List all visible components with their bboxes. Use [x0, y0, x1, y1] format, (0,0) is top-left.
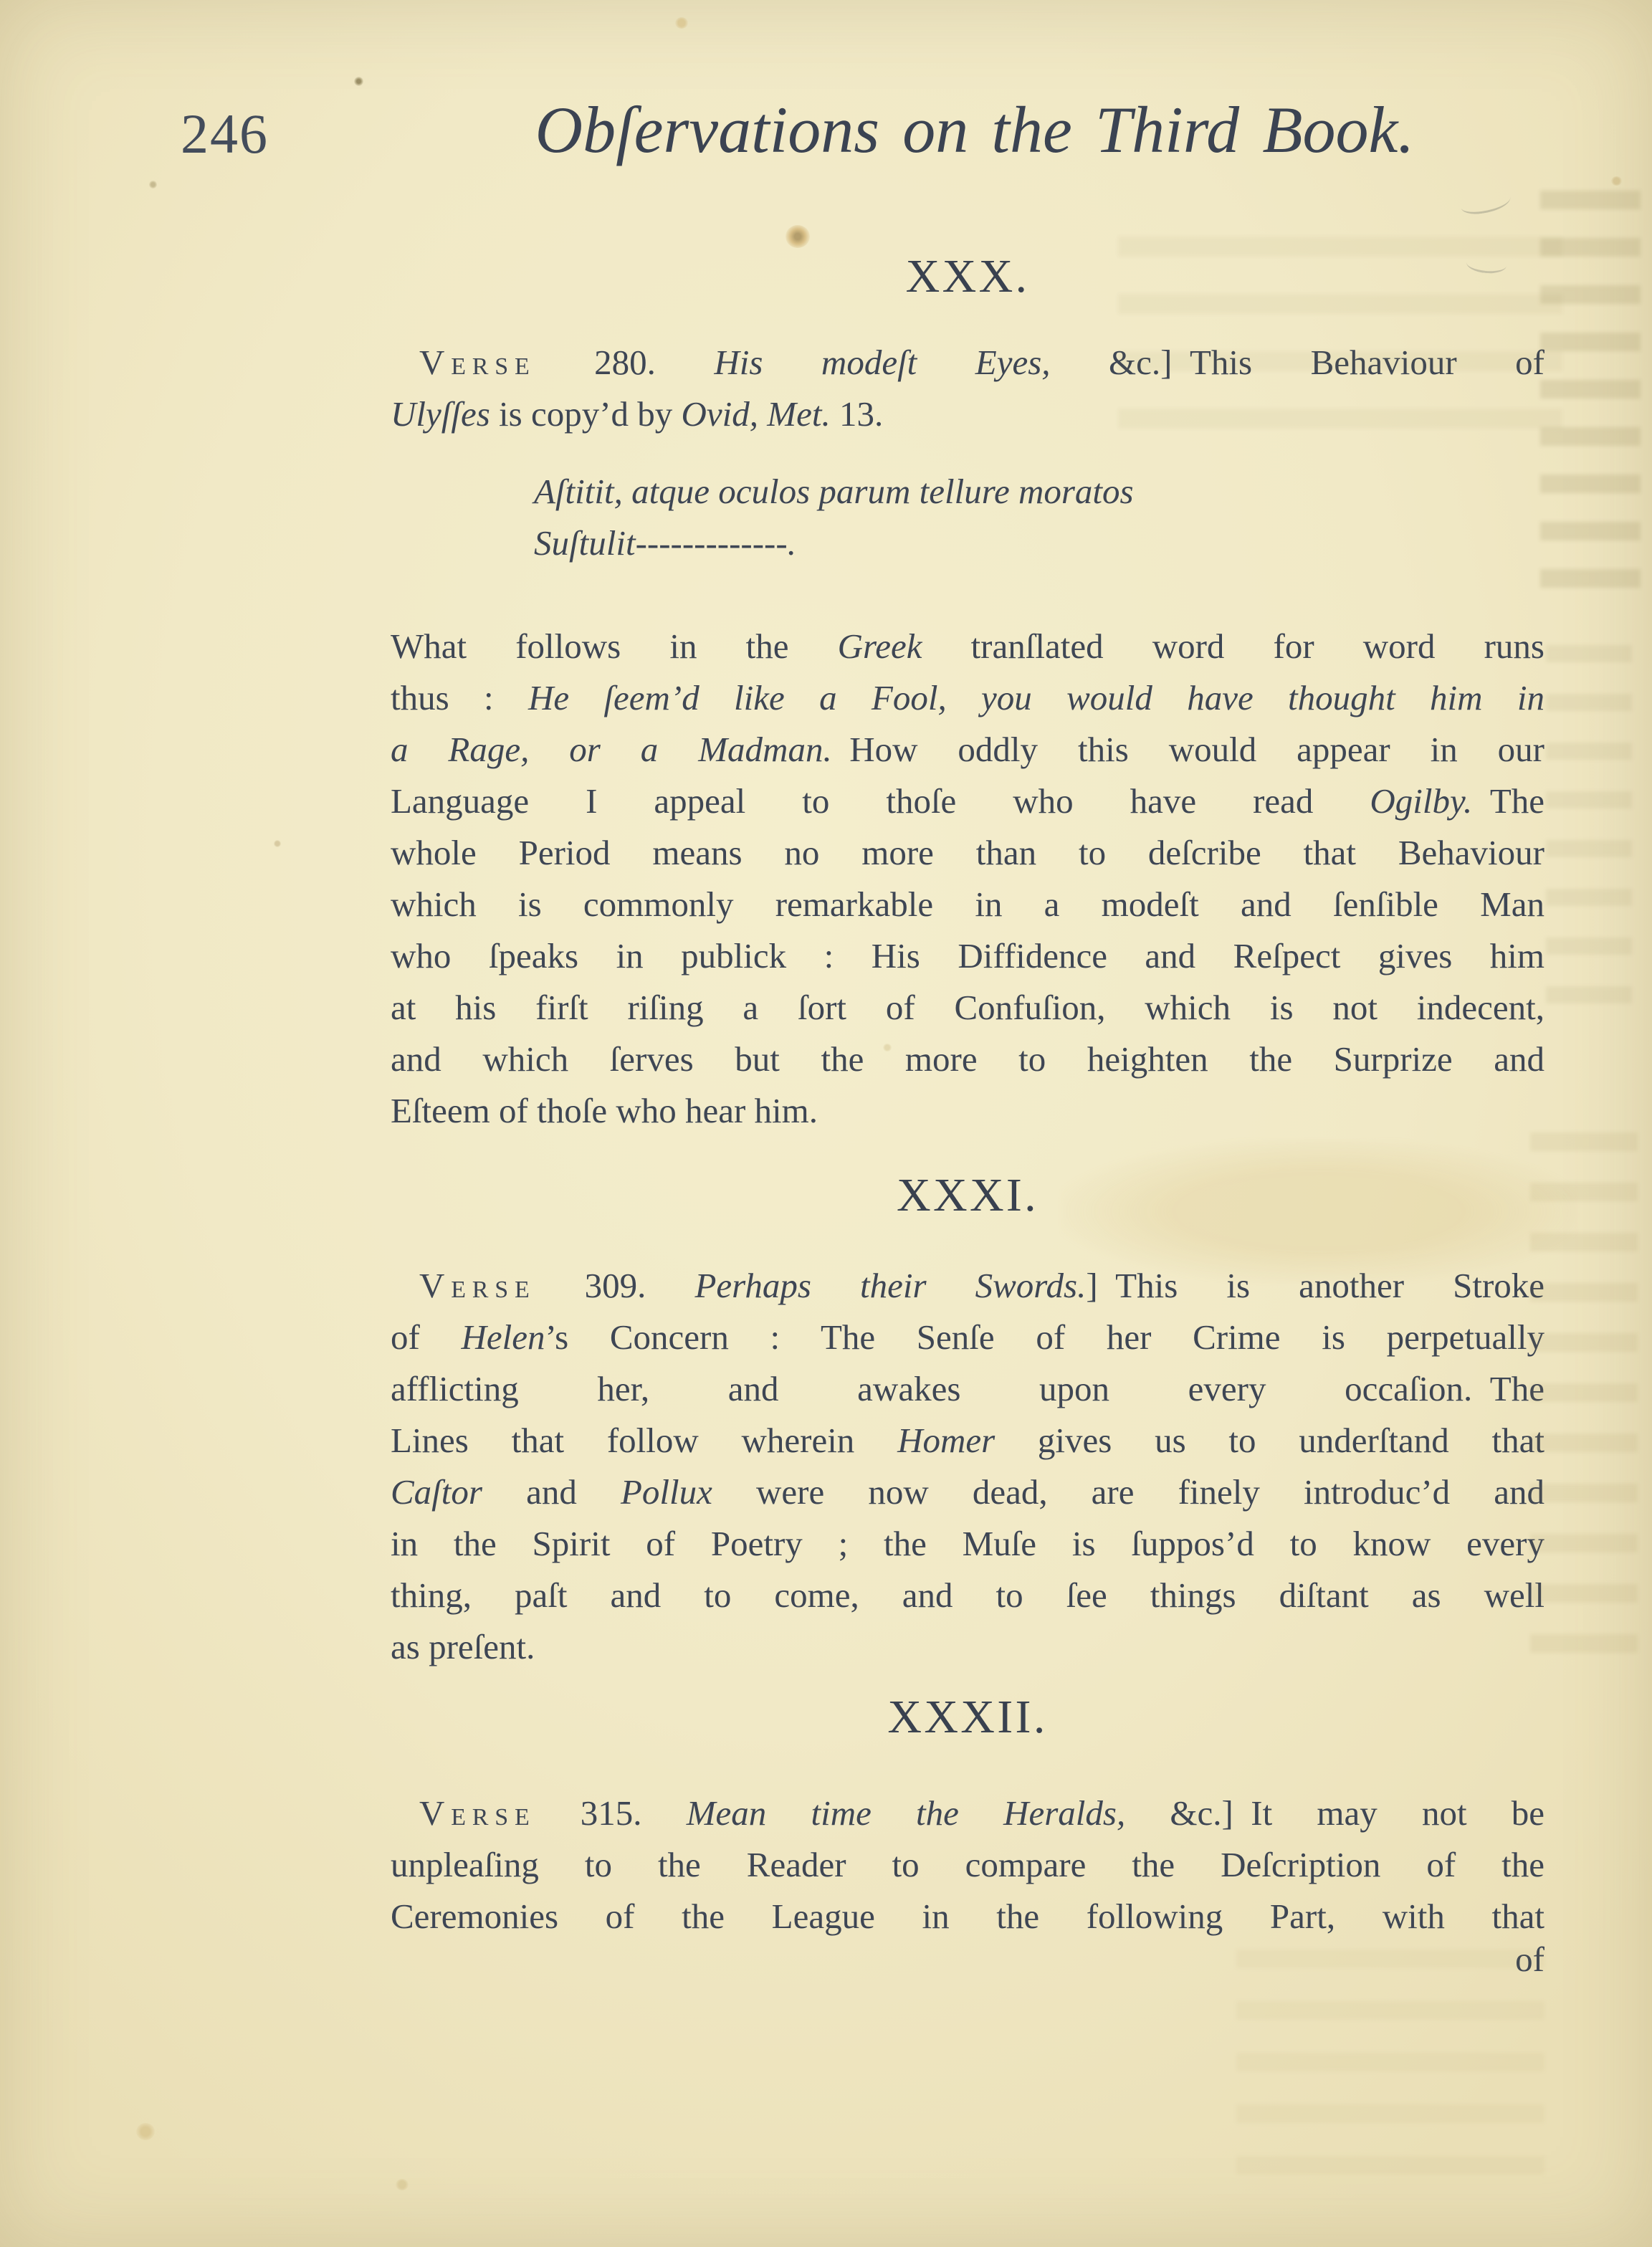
section-heading: XXXI. — [391, 1165, 1544, 1226]
verse-quote: Aſtitit, atque oculos parum tellure mora… — [534, 466, 1544, 569]
text-segment-roman: Ceremonies of the League in the followin… — [391, 1897, 1544, 1936]
text-line: Caſtor and Pollux were now dead, are fin… — [391, 1466, 1544, 1518]
text-line: Ulyſſes is copy’d by Ovid, Met. 13. — [391, 388, 1544, 440]
text-segment-roman: and — [482, 1472, 621, 1512]
text-line: Lines that follow wherein Homer gives us… — [391, 1415, 1544, 1466]
text-segment-italic: Helen — [462, 1317, 545, 1357]
text-segment-roman: at his firſt riſing a ſort of Confuſion,… — [391, 988, 1544, 1027]
book-page: 246 Obſervations on the Third Book. XXX.… — [0, 0, 1652, 2247]
text-segment-roman: thus : — [391, 678, 528, 717]
text-line: Verse 315. Mean time the Heralds, &c.] I… — [391, 1788, 1544, 1839]
paragraph: Verse 309. Perhaps their Swords.] This i… — [391, 1260, 1544, 1673]
pencil-mark — [1459, 189, 1512, 216]
text-line: thus : He ſeem’d like a Fool, you would … — [391, 672, 1544, 724]
text-line: and which ſerves but the more to heighte… — [391, 1034, 1544, 1085]
text-line: Language I appeal to thoſe who have read… — [391, 776, 1544, 827]
text-line: afflicting her, and awakes upon every oc… — [391, 1363, 1544, 1415]
text-segment-roman: whole Period means no more than to deſcr… — [391, 833, 1544, 872]
text-segment-smallcaps: Verse — [419, 1793, 536, 1833]
text-segment-roman: which is commonly remarkable in a modeſt… — [391, 884, 1544, 924]
text-segment-roman: ’s Concern : The Senſe of her Crime is p… — [545, 1317, 1545, 1357]
text-segment-roman: Language I appeal to thoſe who have read — [391, 781, 1370, 821]
foxing-spot — [136, 2123, 155, 2140]
text-segment-roman: and which ſerves but the more to heighte… — [391, 1039, 1544, 1079]
section-heading: XXX. — [391, 247, 1544, 307]
text-line: What follows in the Greek tranſlated wor… — [391, 621, 1544, 672]
text-segment-italic: Ovid, Met. — [682, 394, 831, 434]
foxing-spot — [786, 225, 810, 248]
text-segment-italic: Ulyſſes — [391, 394, 490, 434]
text-line: whole Period means no more than to deſcr… — [391, 827, 1544, 879]
text-line: which is commonly remarkable in a modeſt… — [391, 879, 1544, 930]
text-segment-roman: in the Spirit of Poetry ; the Muſe is ſu… — [391, 1524, 1544, 1563]
text-column: XXX.Verse 280. His modeſt Eyes, &c.] Thi… — [391, 337, 1544, 1985]
text-segment-roman: as preſent. — [391, 1627, 535, 1666]
text-line: as preſent. — [391, 1621, 1544, 1673]
text-segment-roman: &c.] This Behaviour of — [1051, 343, 1544, 382]
text-segment-roman: Eſteem of thoſe who hear him. — [391, 1091, 818, 1130]
text-segment-roman: ] This is another Stroke — [1086, 1266, 1544, 1305]
text-line: in the Spirit of Poetry ; the Muſe is ſu… — [391, 1518, 1544, 1570]
foxing-spot — [274, 840, 281, 847]
text-segment-roman: thing, paſt and to come, and to ſee thin… — [391, 1575, 1544, 1615]
text-segment-roman: &c.] It may not be — [1125, 1793, 1544, 1833]
text-segment-italic: Mean time the Heralds, — [687, 1793, 1125, 1833]
text-line: a Rage, or a Madman. How oddly this woul… — [391, 724, 1544, 776]
page-number: 246 — [181, 102, 269, 166]
text-segment-roman: What follows in the — [391, 626, 838, 666]
text-segment-roman: afflicting her, and awakes upon every oc… — [391, 1369, 1544, 1408]
text-line: who ſpeaks in publick : His Diffidence a… — [391, 930, 1544, 982]
text-segment-roman: Lines that follow wherein — [391, 1421, 897, 1460]
bleed-through-ghost — [1546, 645, 1632, 1018]
text-segment-italic: Caſtor — [391, 1472, 482, 1512]
paragraph: Verse 315. Mean time the Heralds, &c.] I… — [391, 1788, 1544, 1942]
text-segment-italic: Ogilby. — [1370, 781, 1472, 821]
paragraph: What follows in the Greek tranſlated wor… — [391, 621, 1544, 1137]
text-segment-roman: who ſpeaks in publick : His Diffidence a… — [391, 936, 1544, 975]
text-segment-italic: He ſeem’d like a Fool, you would have th… — [528, 678, 1544, 717]
text-segment-roman: 315. — [536, 1793, 687, 1833]
text-line: at his firſt riſing a ſort of Confuſion,… — [391, 982, 1544, 1034]
text-line: Verse 280. His modeſt Eyes, &c.] This Be… — [391, 337, 1544, 388]
text-line: thing, paſt and to come, and to ſee thin… — [391, 1570, 1544, 1621]
text-line: Ceremonies of the League in the followin… — [391, 1891, 1544, 1942]
text-segment-roman: 309. — [536, 1266, 695, 1305]
text-segment-roman: gives us to underſtand that — [995, 1421, 1544, 1460]
text-line: Aſtitit, atque oculos parum tellure mora… — [534, 466, 1544, 517]
text-segment-italic: Homer — [897, 1421, 995, 1460]
page-header: 246 Obſervations on the Third Book. — [0, 0, 1652, 186]
running-title: Obſervations on the Third Book. — [391, 92, 1559, 168]
text-line: of Helen’s Concern : The Senſe of her Cr… — [391, 1312, 1544, 1363]
text-segment-smallcaps: Verse — [419, 343, 536, 382]
text-segment-italic: His modeſt Eyes, — [714, 343, 1050, 382]
text-segment-roman: unpleaſing to the Reader to compare the … — [391, 1845, 1544, 1884]
bleed-through-ghost — [1540, 191, 1641, 599]
text-segment-italic: Greek — [838, 626, 922, 666]
text-segment-roman: 13. — [831, 394, 884, 434]
text-segment-roman: The — [1472, 781, 1544, 821]
text-segment-roman: How oddly this would appear in our — [832, 730, 1544, 769]
foxing-spot — [396, 2179, 409, 2190]
text-line: Eſteem of thoſe who hear him. — [391, 1085, 1544, 1137]
text-segment-roman: were now dead, are finely introduc’d and — [712, 1472, 1544, 1512]
text-segment-roman: of — [391, 1317, 462, 1357]
bleed-through-ghost — [1530, 1132, 1638, 1677]
text-line: unpleaſing to the Reader to compare the … — [391, 1839, 1544, 1891]
text-segment-roman: tranſlated word for word runs — [922, 626, 1544, 666]
section-heading: XXXII. — [391, 1687, 1544, 1747]
text-segment-roman: 280. — [536, 343, 715, 382]
text-line: Suſtulit-------------. — [534, 517, 1544, 569]
text-segment-italic: a Rage, or a Madman. — [391, 730, 832, 769]
text-segment-italic: Perhaps their Swords. — [695, 1266, 1087, 1305]
text-line: Verse 309. Perhaps their Swords.] This i… — [391, 1260, 1544, 1312]
text-segment-italic: Aſtitit, atque oculos parum tellure mora… — [534, 472, 1134, 511]
text-segment-roman: is copy’d by — [490, 394, 682, 434]
paragraph: Verse 280. His modeſt Eyes, &c.] This Be… — [391, 337, 1544, 440]
text-segment-smallcaps: Verse — [419, 1266, 536, 1305]
text-segment-italic: Suſtulit-------------. — [534, 523, 796, 563]
text-segment-italic: Pollux — [621, 1472, 712, 1512]
